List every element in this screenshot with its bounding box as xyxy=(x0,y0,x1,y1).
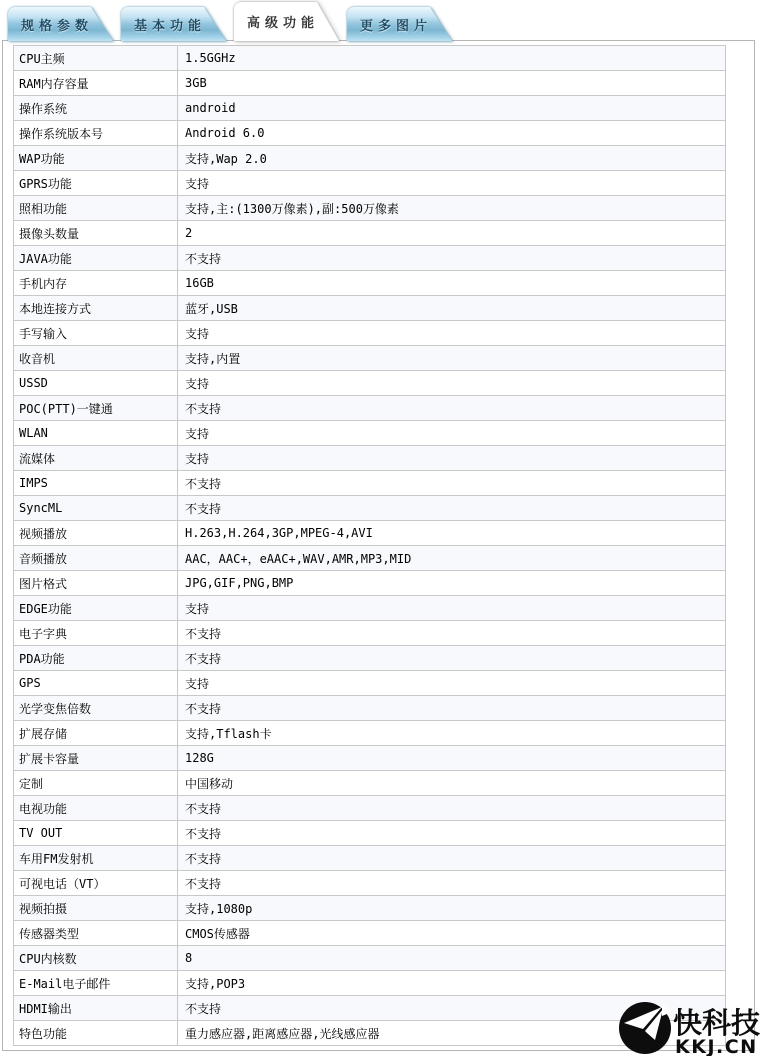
spec-label: 扩展存储 xyxy=(14,721,178,746)
tab-advanced-functions[interactable]: 高级功能 xyxy=(234,2,339,41)
spec-label: PDA功能 xyxy=(14,646,178,671)
spec-value: 支持 xyxy=(178,321,726,346)
spec-label: EDGE功能 xyxy=(14,596,178,621)
spec-table-body: CPU主频1.5GGHzRAM内存容量3GB操作系统android操作系统版本号… xyxy=(14,46,726,1046)
table-row: PDA功能不支持 xyxy=(14,646,726,671)
spec-label: JAVA功能 xyxy=(14,246,178,271)
spec-label: 本地连接方式 xyxy=(14,296,178,321)
table-row: 手写输入支持 xyxy=(14,321,726,346)
watermark-brand-cn: 快科技 xyxy=(673,1006,760,1040)
spec-label: 收音机 xyxy=(14,346,178,371)
spec-label: 操作系统版本号 xyxy=(14,121,178,146)
table-row: 音频播放AAC，AAC+，eAAC+,WAV,AMR,MP3,MID xyxy=(14,546,726,571)
table-row: 视频播放H.263,H.264,3GP,MPEG-4,AVI xyxy=(14,521,726,546)
spec-label: CPU主频 xyxy=(14,46,178,71)
table-row: GPRS功能支持 xyxy=(14,171,726,196)
spec-label: 电视功能 xyxy=(14,796,178,821)
spec-label: 图片格式 xyxy=(14,571,178,596)
spec-value: 支持 xyxy=(178,596,726,621)
spec-value: 支持,Wap 2.0 xyxy=(178,146,726,171)
table-row: EDGE功能支持 xyxy=(14,596,726,621)
table-row: 收音机支持,内置 xyxy=(14,346,726,371)
spec-value: 1.5GGHz xyxy=(178,46,726,71)
table-row: POC(PTT)一键通不支持 xyxy=(14,396,726,421)
table-row: 扩展卡容量128G xyxy=(14,746,726,771)
spec-value: 不支持 xyxy=(178,821,726,846)
spec-label: 手写输入 xyxy=(14,321,178,346)
table-row: 传感器类型CMOS传感器 xyxy=(14,921,726,946)
tab-label: 高级功能 xyxy=(247,12,319,31)
table-row: 视频拍摄支持,1080p xyxy=(14,896,726,921)
spec-value: 3GB xyxy=(178,71,726,96)
tab-basic-functions[interactable]: 基本功能 xyxy=(121,7,226,41)
spec-value: 不支持 xyxy=(178,471,726,496)
spec-value: 不支持 xyxy=(178,396,726,421)
spec-label: RAM内存容量 xyxy=(14,71,178,96)
table-row: TV OUT不支持 xyxy=(14,821,726,846)
table-row: WAP功能支持,Wap 2.0 xyxy=(14,146,726,171)
spec-label: CPU内核数 xyxy=(14,946,178,971)
spec-value: android xyxy=(178,96,726,121)
table-row: SyncML不支持 xyxy=(14,496,726,521)
spec-label: USSD xyxy=(14,371,178,396)
spec-label: 摄像头数量 xyxy=(14,221,178,246)
spec-value: 不支持 xyxy=(178,496,726,521)
watermark-brand-domain: KKJ.CN xyxy=(675,1036,758,1056)
spec-value: 8 xyxy=(178,946,726,971)
spec-label: 操作系统 xyxy=(14,96,178,121)
spec-label: 传感器类型 xyxy=(14,921,178,946)
spec-label: 车用FM发射机 xyxy=(14,846,178,871)
spec-value: Android 6.0 xyxy=(178,121,726,146)
table-row: 定制中国移动 xyxy=(14,771,726,796)
table-row: 本地连接方式蓝牙,USB xyxy=(14,296,726,321)
spec-label: HDMI输出 xyxy=(14,996,178,1021)
tab-specs[interactable]: 规格参数 xyxy=(8,7,113,41)
paper-plane-eagle-icon xyxy=(619,1002,672,1054)
spec-value: 支持,Tflash卡 xyxy=(178,721,726,746)
spec-value: CMOS传感器 xyxy=(178,921,726,946)
spec-value: H.263,H.264,3GP,MPEG-4,AVI xyxy=(178,521,726,546)
spec-label: 特色功能 xyxy=(14,1021,178,1046)
table-row: WLAN支持 xyxy=(14,421,726,446)
table-row: CPU内核数8 xyxy=(14,946,726,971)
table-row: 光学变焦倍数不支持 xyxy=(14,696,726,721)
spec-value: 不支持 xyxy=(178,696,726,721)
spec-value: 不支持 xyxy=(178,871,726,896)
table-row: 电视功能不支持 xyxy=(14,796,726,821)
tab-more-pictures[interactable]: 更多图片 xyxy=(347,7,452,41)
spec-label: GPS xyxy=(14,671,178,696)
tab-label: 规格参数 xyxy=(21,15,93,34)
tabs-bar: 规格参数基本功能高级功能更多图片 xyxy=(8,0,452,41)
spec-table: CPU主频1.5GGHzRAM内存容量3GB操作系统android操作系统版本号… xyxy=(13,45,726,1046)
table-row: 可视电话（VT）不支持 xyxy=(14,871,726,896)
spec-value: 16GB xyxy=(178,271,726,296)
spec-value: 128G xyxy=(178,746,726,771)
tab-shape: 更多图片 xyxy=(347,7,452,41)
spec-value: JPG,GIF,PNG,BMP xyxy=(178,571,726,596)
table-row: 电子字典不支持 xyxy=(14,621,726,646)
spec-label: 手机内存 xyxy=(14,271,178,296)
spec-label: WLAN xyxy=(14,421,178,446)
spec-value: 不支持 xyxy=(178,621,726,646)
tab-label: 基本功能 xyxy=(134,15,206,34)
spec-value: AAC，AAC+，eAAC+,WAV,AMR,MP3,MID xyxy=(178,546,726,571)
spec-value: 不支持 xyxy=(178,846,726,871)
spec-value: 支持 xyxy=(178,446,726,471)
spec-label: 电子字典 xyxy=(14,621,178,646)
spec-value: 支持 xyxy=(178,671,726,696)
table-row: 车用FM发射机不支持 xyxy=(14,846,726,871)
spec-value: 支持 xyxy=(178,171,726,196)
spec-label: 流媒体 xyxy=(14,446,178,471)
table-row: 操作系统android xyxy=(14,96,726,121)
spec-panel: CPU主频1.5GGHzRAM内存容量3GB操作系统android操作系统版本号… xyxy=(2,40,755,1051)
spec-label: GPRS功能 xyxy=(14,171,178,196)
spec-label: 视频拍摄 xyxy=(14,896,178,921)
table-row: 图片格式JPG,GIF,PNG,BMP xyxy=(14,571,726,596)
table-row: USSD支持 xyxy=(14,371,726,396)
kkj-watermark-svg: 快科技 KKJ.CN xyxy=(618,998,763,1056)
spec-value: 2 xyxy=(178,221,726,246)
table-row: CPU主频1.5GGHz xyxy=(14,46,726,71)
spec-value: 不支持 xyxy=(178,246,726,271)
spec-value: 支持,内置 xyxy=(178,346,726,371)
spec-label: POC(PTT)一键通 xyxy=(14,396,178,421)
spec-label: IMPS xyxy=(14,471,178,496)
table-row: 扩展存储支持,Tflash卡 xyxy=(14,721,726,746)
table-row: 流媒体支持 xyxy=(14,446,726,471)
table-row: 手机内存16GB xyxy=(14,271,726,296)
spec-label: 音频播放 xyxy=(14,546,178,571)
table-row: 照相功能支持,主:(1300万像素),副:500万像素 xyxy=(14,196,726,221)
spec-label: E-Mail电子邮件 xyxy=(14,971,178,996)
spec-label: 光学变焦倍数 xyxy=(14,696,178,721)
tab-shape: 规格参数 xyxy=(8,7,113,41)
spec-value: 不支持 xyxy=(178,646,726,671)
spec-label: TV OUT xyxy=(14,821,178,846)
table-row: JAVA功能不支持 xyxy=(14,246,726,271)
spec-label: 照相功能 xyxy=(14,196,178,221)
spec-label: 可视电话（VT） xyxy=(14,871,178,896)
table-row: 操作系统版本号Android 6.0 xyxy=(14,121,726,146)
table-row: RAM内存容量3GB xyxy=(14,71,726,96)
tab-shape: 基本功能 xyxy=(121,7,226,41)
spec-label: 定制 xyxy=(14,771,178,796)
spec-label: WAP功能 xyxy=(14,146,178,171)
spec-value: 支持,1080p xyxy=(178,896,726,921)
table-row: IMPS不支持 xyxy=(14,471,726,496)
spec-value: 不支持 xyxy=(178,796,726,821)
tab-label: 更多图片 xyxy=(360,15,432,34)
spec-value: 支持 xyxy=(178,421,726,446)
spec-label: 视频播放 xyxy=(14,521,178,546)
table-row: E-Mail电子邮件支持,POP3 xyxy=(14,971,726,996)
kkj-watermark: 快科技 KKJ.CN xyxy=(618,998,763,1060)
spec-value: 支持,主:(1300万像素),副:500万像素 xyxy=(178,196,726,221)
tab-shape: 高级功能 xyxy=(234,2,339,41)
table-row: 摄像头数量2 xyxy=(14,221,726,246)
spec-label: SyncML xyxy=(14,496,178,521)
spec-label: 扩展卡容量 xyxy=(14,746,178,771)
spec-value: 蓝牙,USB xyxy=(178,296,726,321)
spec-value: 支持 xyxy=(178,371,726,396)
table-row: GPS支持 xyxy=(14,671,726,696)
spec-value: 中国移动 xyxy=(178,771,726,796)
spec-value: 支持,POP3 xyxy=(178,971,726,996)
